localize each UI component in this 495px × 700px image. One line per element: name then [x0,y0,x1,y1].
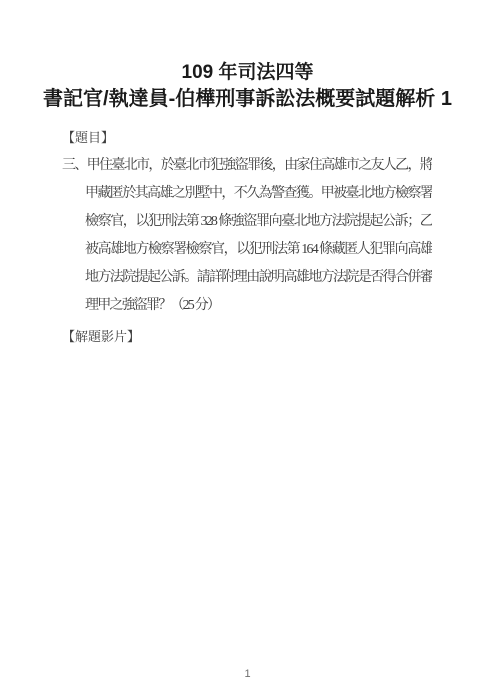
video-section-label: 【解題影片】 [62,329,495,345]
question-line: 檢察官，以犯刑法第 328 條強盜罪向臺北地方法院提起公訴；乙 [62,208,432,236]
question-section-label: 【題目】 [62,130,495,146]
question-line: 甲藏匿於其高雄之別墅中，不久為警查獲。甲被臺北地方檢察署 [62,180,432,208]
question-line: 三、甲住臺北市，於臺北市犯強盜罪後，由家住高雄市之友人乙，將 [62,152,432,180]
question-line: 理甲之強盜罪？（25 分） [62,292,432,320]
page-number: 1 [0,668,495,680]
document-subtitle: 書記官/執達員-伯樺刑事訴訟法概要試題解析 1 [0,88,495,110]
document-page: 109 年司法四等 書記官/執達員-伯樺刑事訴訟法概要試題解析 1 【題目】 三… [0,0,495,700]
question-line: 地方法院提起公訴。請詳附理由說明高雄地方法院是否得合併審 [62,264,432,292]
document-title: 109 年司法四等 [0,0,495,83]
question-line: 被高雄地方檢察署檢察官，以犯刑法第 164 條藏匿人犯罪向高雄 [62,236,432,264]
question-paragraph: 三、甲住臺北市，於臺北市犯強盜罪後，由家住高雄市之友人乙，將 甲藏匿於其高雄之別… [62,152,432,320]
